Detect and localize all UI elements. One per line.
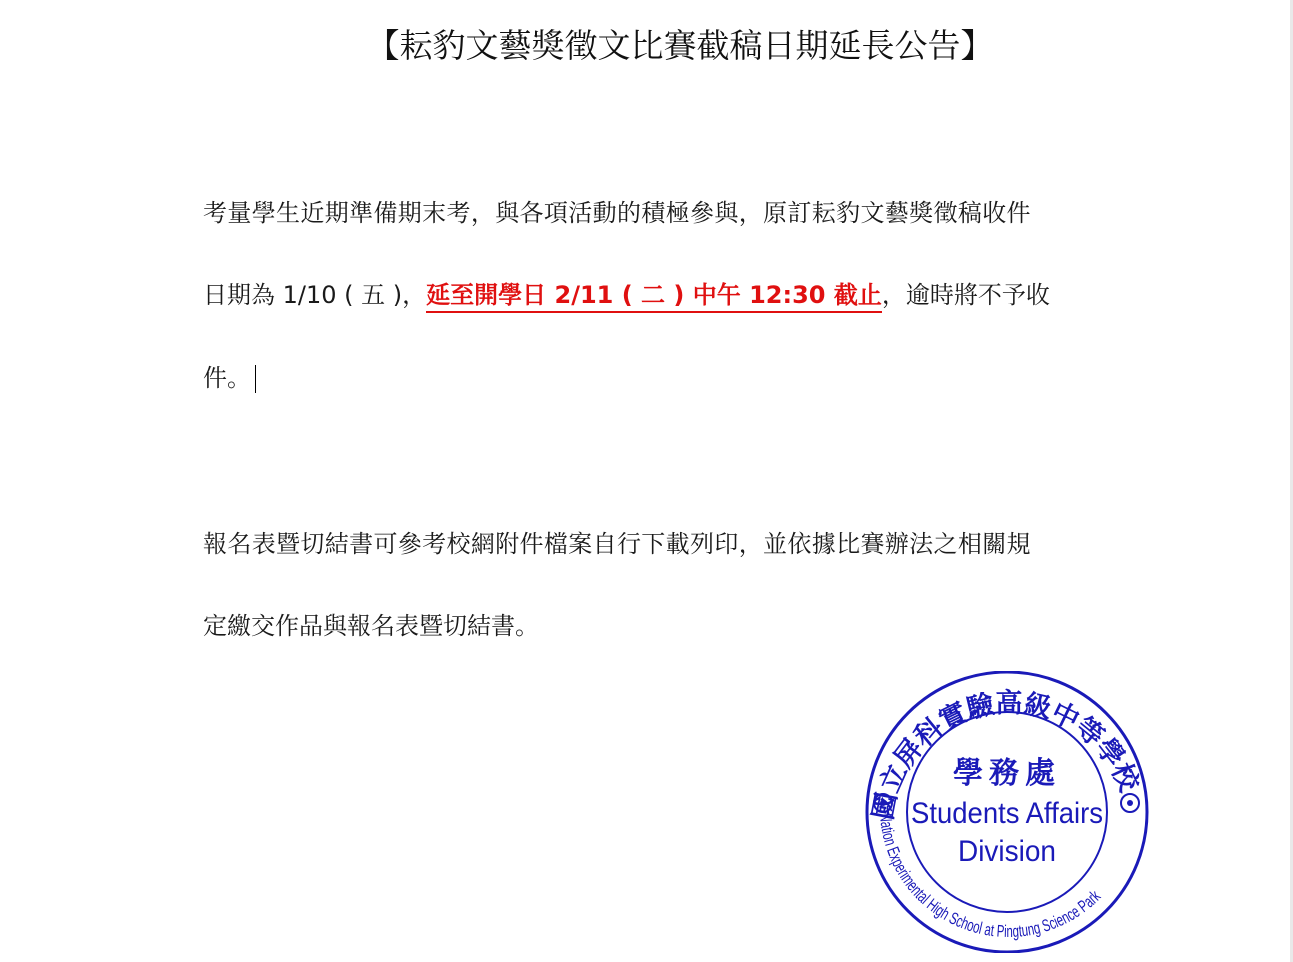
- paragraph2-line1: 報名表暨切結書可參考校網附件檔案自行下載列印，並依據比賽辦法之相關規: [203, 524, 1031, 564]
- student-affairs-seal: 國立屏科實驗高級中等學校 Nation Experimental High Sc…: [862, 671, 1152, 953]
- text-cursor: [255, 365, 256, 393]
- paragraph2-line2: 定繳交作品與報名表暨切結書。: [203, 606, 539, 646]
- seal-outer-text-bottom: Nation Experimental High School at Pingt…: [876, 813, 1104, 941]
- document-page: 【耘豹文藝獎徵文比賽截稿日期延長公告】 考量學生近期準備期末考，與各項活動的積極…: [0, 0, 1276, 962]
- seal-center-cn: 學務處: [953, 756, 1061, 791]
- original-date-text: 日期為 1/10 ( 五 )，: [203, 281, 426, 309]
- late-notice-text: ，逾時將不予收: [882, 281, 1050, 309]
- paragraph1-line2: 日期為 1/10 ( 五 )，延至開學日 2/11 ( 二 ) 中午 12:30…: [203, 275, 1050, 315]
- announcement-title: 【耘豹文藝獎徵文比賽截稿日期延長公告】: [330, 20, 1030, 72]
- seal-center-en-line2: Division: [958, 835, 1056, 868]
- plum-blossom-icon: [1121, 794, 1139, 812]
- paragraph1-line3-text: 件。: [203, 364, 251, 392]
- paragraph1-line1: 考量學生近期準備期末考，與各項活動的積極參與，原訂耘豹文藝獎徵稿收件: [203, 193, 1031, 233]
- seal-center-en-line1: Students Affairs: [911, 797, 1103, 830]
- extended-deadline-highlight: 延至開學日 2/11 ( 二 ) 中午 12:30 截止: [426, 281, 882, 313]
- paragraph1-line3[interactable]: 件。: [203, 358, 256, 398]
